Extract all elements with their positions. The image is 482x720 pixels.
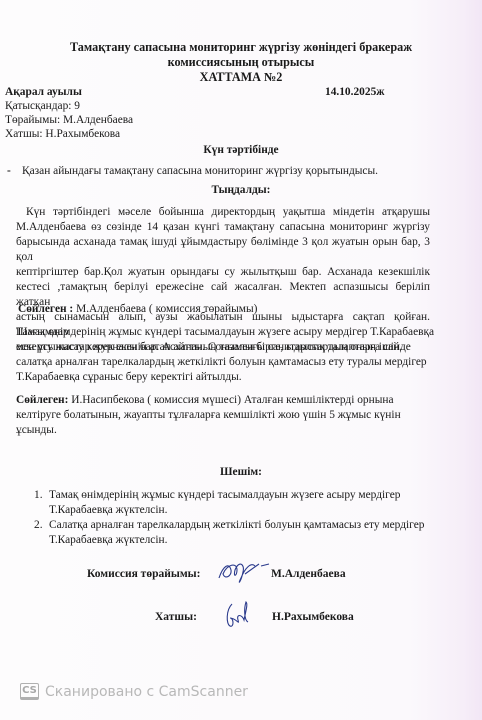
- decision-item-number: 2.: [34, 518, 49, 548]
- heard-line: барысында асханада тамақ ішуді ұйымдасты…: [16, 235, 430, 265]
- speaker2-label: Сөйлеген:: [16, 394, 68, 406]
- secretary-signature-label: Хатшы:: [155, 611, 197, 623]
- agenda-bullet: -: [7, 165, 11, 177]
- chair-signature-icon: [215, 556, 270, 588]
- speaker2-paragraph: Сөйлеген: И.Насипбекова ( комиссия мүшес…: [16, 393, 436, 438]
- decision-item-text: Т.Карабаевқа жүктелсін.: [49, 503, 400, 518]
- speaker1-name: М.Алденбаева ( комиссия төрайымы): [73, 303, 257, 315]
- speaker1-text-line: Т.Карабаевқа сұраныс беру керектігі айты…: [16, 370, 436, 385]
- decision-item: 1. Тамақ өнімдерінің жұмыс күндері тасым…: [34, 488, 424, 518]
- decision-heading: Шешім:: [0, 466, 482, 478]
- decision-item-number: 1.: [34, 488, 49, 518]
- protocol-number: ХАТТАМА №2: [0, 70, 482, 85]
- speaker2-text-line: келтіруге болатынын, жауапты тұлғаларға …: [16, 408, 436, 423]
- scanned-document-page: Тамақтану сапасына мониторинг жүргізу жө…: [0, 0, 482, 720]
- agenda-heading: Күн тәртібінде: [0, 144, 482, 156]
- chair-signature-label: Комиссия төрайымы:: [87, 568, 200, 580]
- chair-signature-name: М.Алденбаева: [271, 568, 346, 580]
- decision-item-text: Салатқа арналған тарелкалардың жеткілікт…: [49, 518, 424, 533]
- speaker1-line: Сөйлеген : М.Алденбаева ( комиссия төрай…: [18, 303, 257, 315]
- heard-line: Күн тәртібіндегі мәселе бойынша директор…: [16, 205, 430, 220]
- participants-count: Қатысқандар: 9: [5, 100, 80, 112]
- document-title-line2: комиссиясының отырысы: [0, 55, 482, 70]
- date-label: 14.10.2025ж: [325, 86, 385, 98]
- speaker2-text-line: И.Насипбекова ( комиссия мүшесі) Аталған…: [68, 394, 393, 406]
- speaker1-paragraph: Тамақ өнімдерінің жұмыс күндері тасымалд…: [16, 325, 436, 385]
- camscanner-logo-icon: CS: [20, 683, 39, 700]
- heard-line: кептіргіштер бар.Қол жуатын орындағы су …: [16, 265, 430, 280]
- chair-name: Төрайымы: М.Алденбаева: [5, 114, 133, 126]
- heard-line: М.Алденбаева өз сөзінде 14 қазан күнгі т…: [16, 220, 430, 235]
- speaker1-text-line: ескерту жасау керек екенін атап айтты. С…: [16, 340, 436, 355]
- speaker1-label: Сөйлеген :: [18, 303, 73, 315]
- secretary-name: Хатшы: Н.Рахымбекова: [5, 128, 120, 140]
- document-title-line1: Тамақтану сапасына мониторинг жүргізу жө…: [0, 40, 482, 55]
- place-label: Ақарал ауылы: [5, 86, 82, 98]
- heard-heading: Тыңдалды:: [0, 184, 482, 196]
- speaker2-text-line: ұсынды.: [16, 423, 436, 438]
- secretary-signature-name: Н.Рахымбекова: [272, 611, 354, 623]
- decision-item: 2. Салатқа арналған тарелкалардың жеткіл…: [34, 518, 424, 548]
- secretary-signature-icon: [222, 600, 254, 632]
- camscanner-watermark: CS Сканировано с CamScanner: [20, 683, 248, 700]
- speaker1-text-line: салатқа арналған тарелкалардың жеткілікт…: [16, 355, 436, 370]
- decision-item-text: Тамақ өнімдерінің жұмыс күндері тасымалд…: [49, 488, 400, 503]
- agenda-item: Қазан айындағы тамақтану сапасына монито…: [22, 165, 378, 177]
- camscanner-text: Сканировано с CamScanner: [45, 684, 248, 700]
- decision-item-text: Т.Карабаевқа жүктелсін.: [49, 533, 424, 548]
- speaker1-text-line: Тамақ өнімдерінің жұмыс күндері тасымалд…: [16, 325, 436, 340]
- decision-list: 1. Тамақ өнімдерінің жұмыс күндері тасым…: [34, 488, 424, 548]
